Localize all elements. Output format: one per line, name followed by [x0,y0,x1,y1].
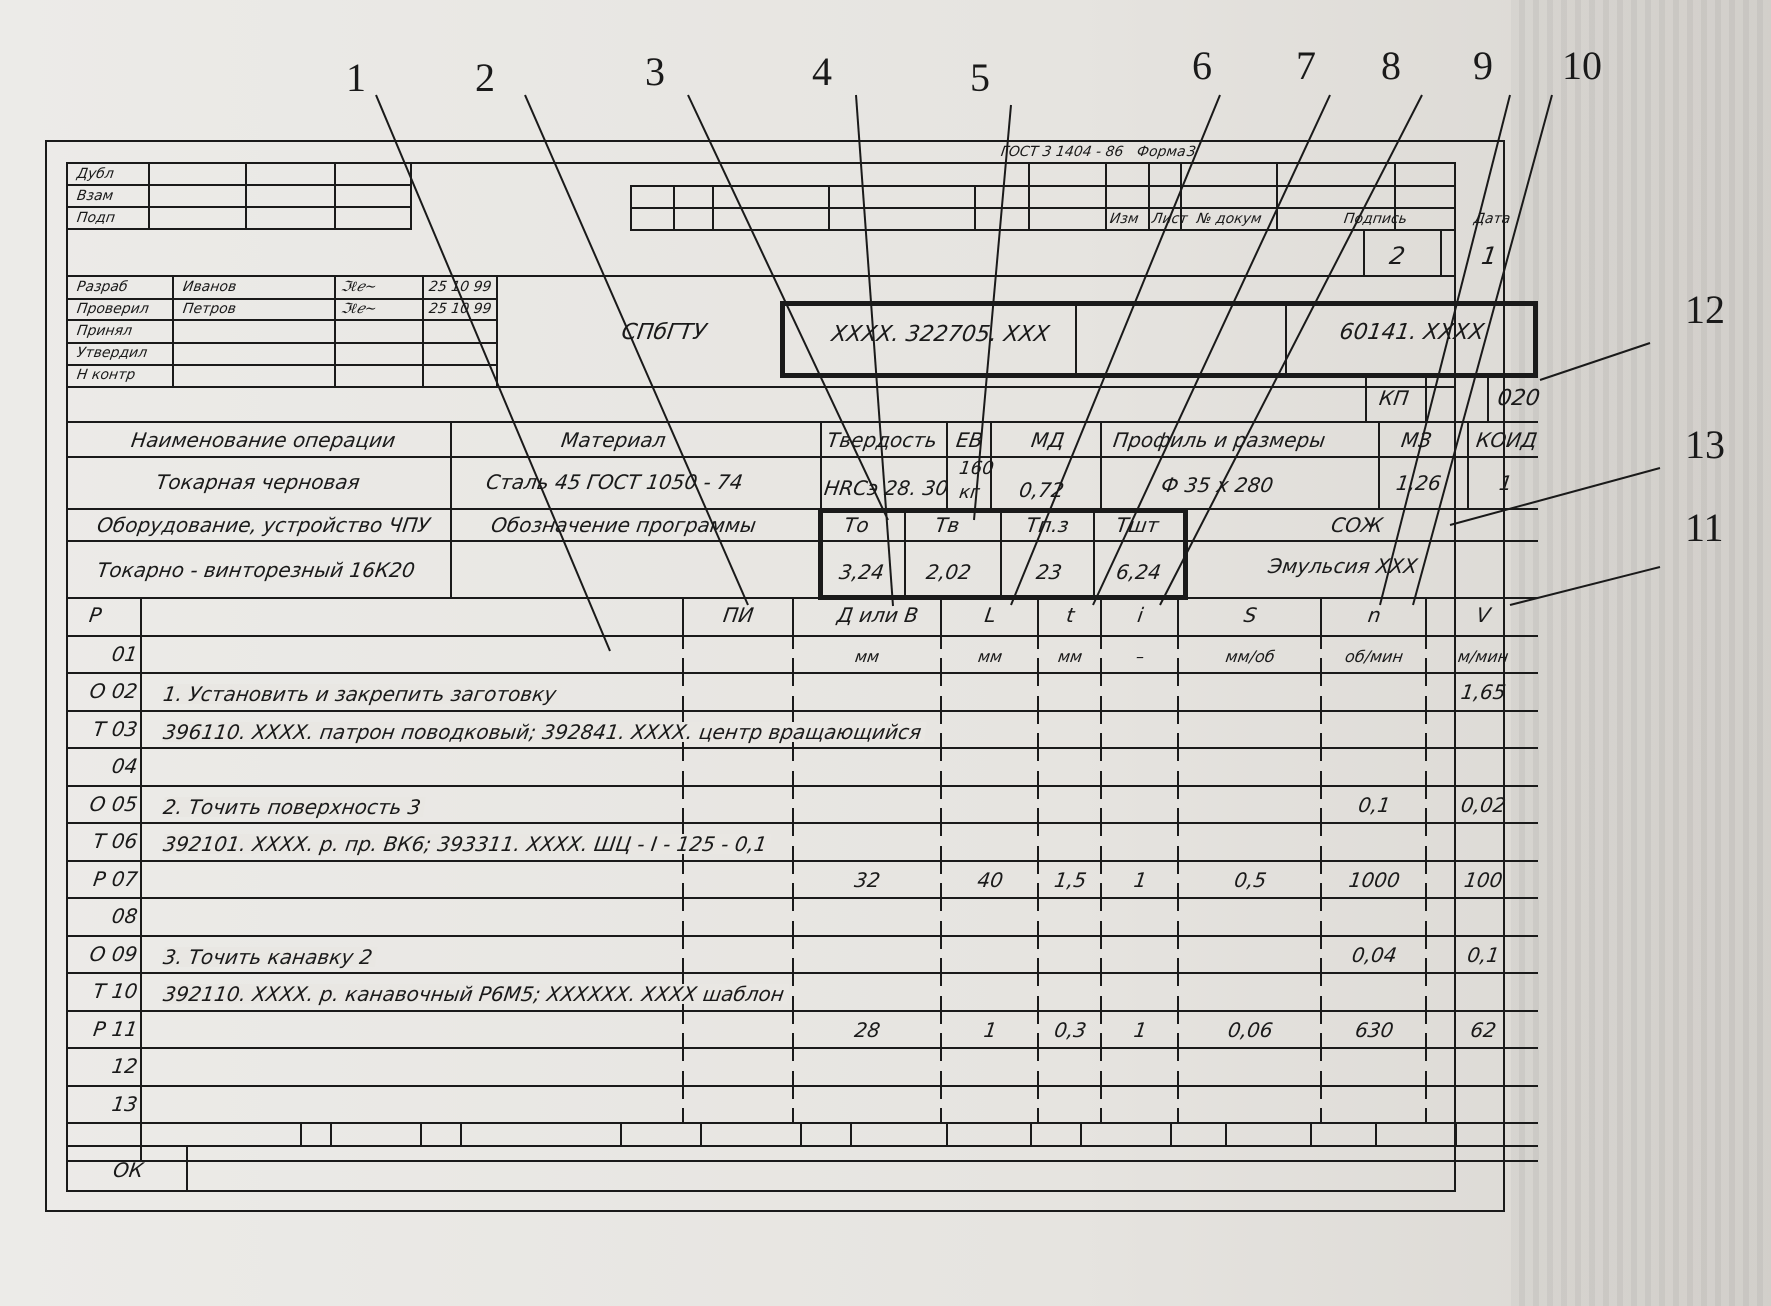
callout-leader-lines [0,0,1771,1306]
